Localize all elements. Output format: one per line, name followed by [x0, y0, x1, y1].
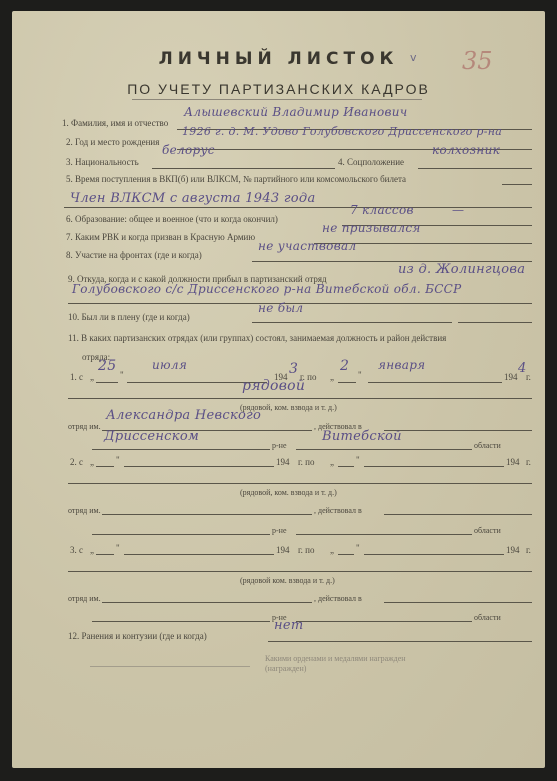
- field-1-label: 1. Фамилия, имя и отчество: [62, 118, 168, 128]
- field-2-value: 1926 г. д. М. Удово Голубовского Дриссен…: [182, 125, 502, 138]
- field-12-line: [268, 641, 532, 642]
- field-5-value: Член ВЛКСМ с августа 1943 года: [70, 191, 316, 206]
- unit-1-district: Дриссенском: [104, 429, 199, 444]
- field-9-value-continued: Голубовского с/с Дриссенского р-на Витеб…: [72, 282, 462, 296]
- field-9-value: из д. Жолингцова: [398, 262, 525, 277]
- unit-2-from-year-suffix: г. по: [298, 457, 315, 467]
- field-2-label: 2. Год и место рождения: [66, 137, 159, 147]
- unit-2-to-year-suffix: г.: [526, 457, 531, 467]
- field-12-value: нет: [274, 618, 303, 633]
- unit-1-from-year-digit: 3: [289, 361, 298, 377]
- field-6-label: 6. Образование: общее и военное (что и к…: [66, 214, 278, 224]
- unit-2-district-label: р-не: [272, 526, 287, 535]
- field-10-line-a: [252, 322, 452, 323]
- unit-1-to-day: 2: [340, 358, 349, 374]
- red-pencil-number: 35: [462, 47, 493, 75]
- unit-1-unit-name: Александра Невского: [106, 408, 261, 423]
- unit-1-quote-close: ": [120, 370, 124, 380]
- field-7-label: 7. Каким РВК и когда призван в Красную А…: [66, 232, 255, 242]
- unit-1-number: 1. с: [70, 372, 83, 382]
- unit-2-to-month-line: [364, 466, 504, 467]
- unit-3-position-line: [68, 571, 532, 572]
- unit-1-region-label: области: [474, 441, 501, 450]
- field-3-label: 3. Национальность: [66, 157, 139, 167]
- subtitle-underline: [132, 99, 422, 100]
- unit-2-to-year-prefix: 194: [506, 457, 520, 467]
- unit-1-from-day: 25: [98, 358, 116, 374]
- unit-1-quote-open: „: [90, 372, 94, 382]
- unit-3-number: 3. с: [70, 545, 83, 555]
- unit-2-from-day-line: [96, 466, 114, 467]
- unit-3-quote-close: ": [116, 543, 120, 553]
- field-11-label: 11. В каких партизанских отрядах (или гр…: [68, 333, 446, 343]
- unit-1-to-month-line: [368, 382, 502, 383]
- unit-3-from-month-line: [124, 554, 274, 555]
- unit-3-from-day-line: [96, 554, 114, 555]
- footer-faded-text-1: Какими орденами и медалями награжден: [265, 654, 406, 663]
- unit-2-unit-label: отряд им.: [68, 506, 101, 515]
- field-6-dash: —: [452, 203, 464, 217]
- footer-faded-text-2: (награжден): [265, 664, 306, 673]
- unit-2-to-day-line: [338, 466, 354, 467]
- unit-1-district-line: [92, 449, 270, 450]
- unit-1-unit-label: отряд им.: [68, 422, 101, 431]
- unit-1-to-quote-close: ": [358, 370, 362, 380]
- field-5-line-a: [502, 184, 532, 185]
- unit-2-acted-line: [384, 514, 532, 515]
- field-10-value: не был: [258, 301, 303, 315]
- field-8-label: 8. Участие на фронтах (где и когда): [66, 250, 202, 260]
- unit-3-from-year-prefix: 194: [276, 545, 290, 555]
- unit-2-unit-line: [102, 514, 312, 515]
- field-4-value: колхозник: [432, 143, 500, 157]
- unit-3-quote-open: „: [90, 545, 94, 555]
- unit-2-from-month-line: [124, 466, 274, 467]
- field-3-line: [152, 168, 335, 169]
- unit-3-unit-label: отряд им.: [68, 594, 101, 603]
- unit-1-to-year-prefix: 194: [504, 372, 518, 382]
- unit-1-to-day-line: [338, 382, 356, 383]
- unit-2-acted-label: , действовал в: [314, 506, 362, 515]
- field-3-value: белорус: [162, 143, 215, 157]
- unit-1-position-line: [68, 398, 532, 399]
- unit-1-to-month: января: [378, 358, 425, 372]
- field-8-value: не участвовал: [258, 239, 356, 253]
- unit-2-quote-close: ": [116, 455, 120, 465]
- unit-1-from-day-line: [96, 382, 118, 383]
- check-mark: v: [410, 51, 417, 64]
- field-10-label: 10. Был ли в плену (где и когда): [68, 312, 190, 322]
- unit-3-acted-label: , действовал в: [314, 594, 362, 603]
- unit-3-district-line: [92, 621, 270, 622]
- field-6-value: 7 классов: [350, 203, 414, 217]
- unit-3-position-hint: (рядовой ком. взвода и т. д.): [240, 576, 335, 585]
- field-5-label: 5. Время поступления в ВКП(б) или ВЛКСМ,…: [66, 174, 406, 184]
- unit-1-position: рядовой: [242, 378, 305, 394]
- unit-2-district-line: [92, 534, 270, 535]
- unit-2-number: 2. с: [70, 457, 83, 467]
- unit-2-region-line: [296, 534, 472, 535]
- unit-2-position-line: [68, 483, 532, 484]
- unit-3-region-line: [296, 621, 472, 622]
- unit-3-to-day-line: [338, 554, 354, 555]
- unit-3-to-year-prefix: 194: [506, 545, 520, 555]
- unit-1-region-line: [296, 449, 472, 450]
- field-7-value: не призывался: [322, 221, 421, 235]
- personal-record-sheet: ЛИЧНЫЙ ЛИСТОК v 35 ПО УЧЕТУ ПАРТИЗАНСКИХ…: [12, 11, 545, 768]
- footer-faded-line: [90, 666, 250, 667]
- unit-1-district-label: р-не: [272, 441, 287, 450]
- field-12-label: 12. Ранения и контузии (где и когда): [68, 631, 207, 641]
- unit-1-to-year-suffix: г.: [526, 372, 531, 382]
- unit-1-to-quote-open: „: [330, 372, 334, 382]
- field-1-value: Алышевский Владимир Иванович: [184, 105, 408, 119]
- unit-3-from-year-suffix: г. по: [298, 545, 315, 555]
- unit-2-position-hint: (рядовой, ком. взвода и т. д.): [240, 488, 337, 497]
- unit-3-to-month-line: [364, 554, 504, 555]
- unit-3-unit-line: [102, 602, 312, 603]
- unit-2-to-quote-close: ": [356, 455, 360, 465]
- unit-3-to-quote-open: „: [330, 545, 334, 555]
- unit-3-to-quote-close: ": [356, 543, 360, 553]
- document-subtitle: ПО УЧЕТУ ПАРТИЗАНСКИХ КАДРОВ: [12, 81, 545, 97]
- unit-3-region-label: области: [474, 613, 501, 622]
- unit-3-to-year-suffix: г.: [526, 545, 531, 555]
- unit-1-from-month: июля: [152, 358, 187, 372]
- unit-2-to-quote-open: „: [330, 457, 334, 467]
- unit-3-acted-line: [384, 602, 532, 603]
- unit-1-acted-line: [384, 430, 532, 431]
- unit-2-quote-open: „: [90, 457, 94, 467]
- unit-1-region: Витебской: [322, 429, 402, 444]
- unit-2-from-year-prefix: 194: [276, 457, 290, 467]
- field-4-line: [418, 168, 532, 169]
- unit-2-region-label: области: [474, 526, 501, 535]
- field-4-label: 4. Соцположение: [338, 157, 404, 167]
- field-10-line-b: [458, 322, 532, 323]
